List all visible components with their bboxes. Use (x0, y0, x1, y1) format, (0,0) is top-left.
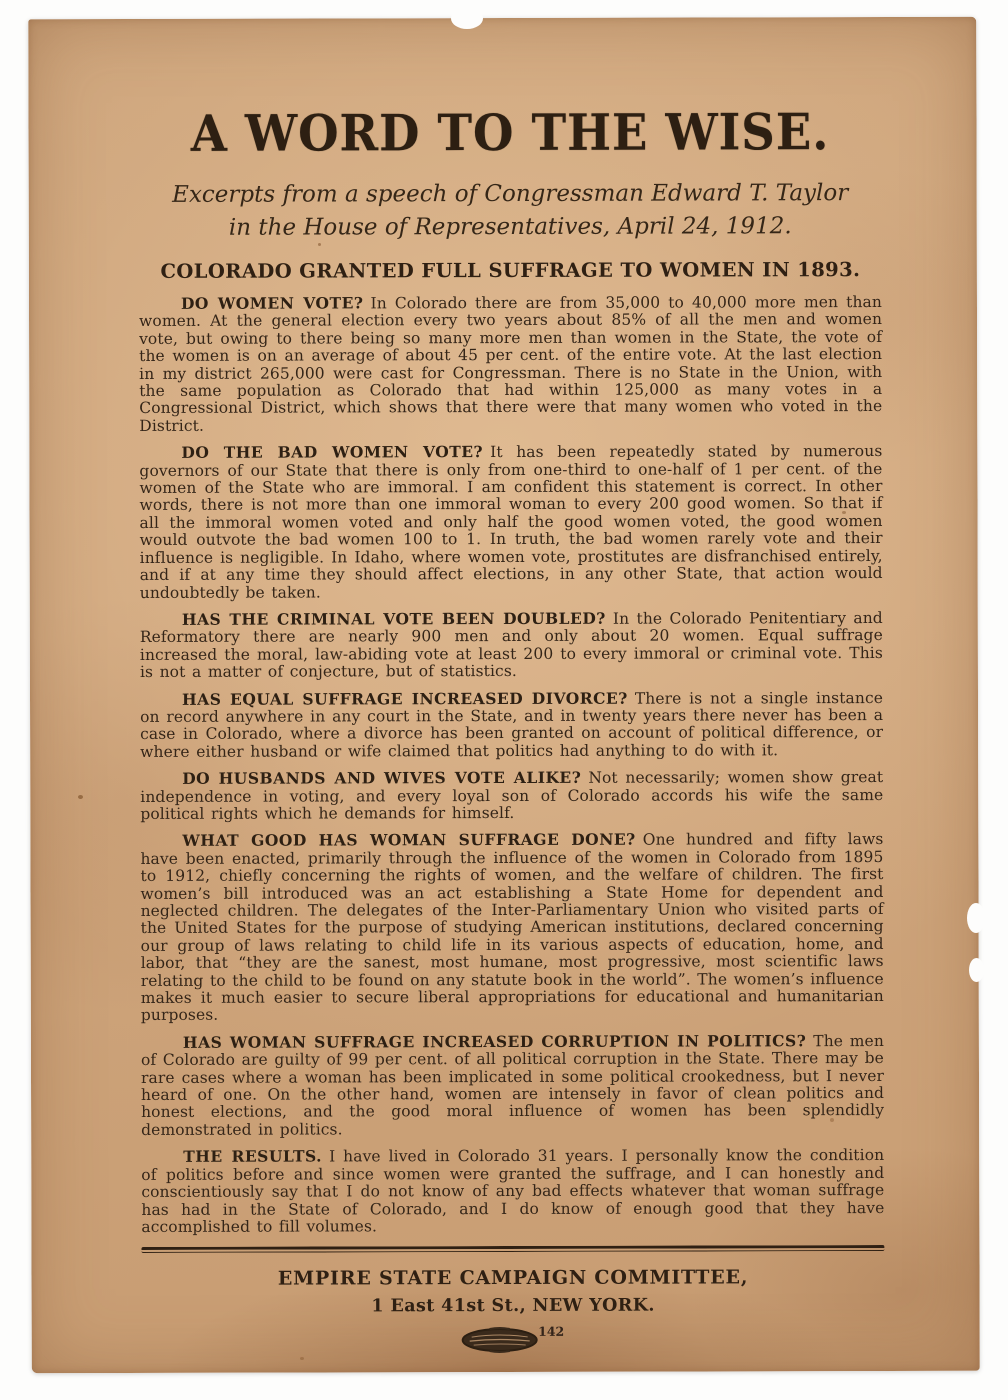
body-copy: DO WOMEN VOTE?In Colorado there are from… (139, 293, 884, 1236)
paragraph-heading: THE RESULTS. (183, 1147, 329, 1166)
paragraph-do-women-vote: DO WOMEN VOTE?In Colorado there are from… (139, 293, 882, 435)
paragraph-do-the-bad-women-vote: DO THE BAD WOMEN VOTE?It has been repeat… (139, 442, 882, 602)
paragraph-the-results: THE RESULTS.I have lived in Colorado 31 … (141, 1146, 884, 1236)
document-subtitle: Excerpts from a speech of Congressman Ed… (139, 177, 882, 245)
paragraph-what-good-has-suffrage-done: WHAT GOOD HAS WOMAN SUFFRAGE DONE?One hu… (140, 830, 884, 1024)
paragraph-heading: HAS WOMAN SUFFRAGE INCREASED CORRUPTION … (183, 1031, 813, 1052)
footer-address: 1 East 41st St., NEW YORK. (142, 1295, 885, 1317)
paragraph-husbands-wives-vote-alike: DO HUSBANDS AND WIVES VOTE ALIKE?Not nec… (140, 768, 883, 823)
paper-speck (830, 1118, 834, 1122)
paper-speck (318, 243, 321, 246)
paragraph-text: In Colorado there are from 35,000 to 40,… (139, 293, 882, 435)
footer-divider-rule (141, 1245, 884, 1253)
paper-speck (842, 511, 846, 514)
footer-organization: EMPIRE STATE CAMPAIGN COMMITTEE, (141, 1266, 884, 1290)
document-title: A WORD TO THE WISE. (164, 103, 855, 163)
subtitle-line-2: in the House of Representatives, April 2… (229, 213, 792, 240)
paragraph-text: One hundred and fifty laws have been ena… (140, 830, 883, 1024)
paragraph-increased-corruption: HAS WOMAN SUFFRAGE INCREASED CORRUPTION … (141, 1032, 884, 1139)
paragraph-heading: DO WOMEN VOTE? (181, 293, 371, 312)
paper-content-area: A WORD TO THE WISE. Excerpts from a spee… (28, 17, 980, 1373)
torn-notch-right-edge-small (969, 958, 984, 982)
stamp-number: 142 (538, 1324, 564, 1339)
paper-speck (78, 795, 83, 799)
paper-speck (300, 1357, 304, 1360)
union-printer-label-icon (460, 1325, 540, 1357)
paragraph-criminal-vote-doubled: HAS THE CRIMINAL VOTE BEEN DOUBLED?In th… (140, 609, 883, 682)
paragraph-heading: WHAT GOOD HAS WOMAN SUFFRAGE DONE? (182, 830, 642, 850)
paragraph-heading: HAS THE CRIMINAL VOTE BEEN DOUBLED? (182, 609, 613, 629)
torn-notch-top-edge (451, 8, 483, 29)
paragraph-increased-divorce: HAS EQUAL SUFFRAGE INCREASED DIVORCE?The… (140, 689, 883, 762)
section-heading: COLORADO GRANTED FULL SUFFRAGE TO WOMEN … (139, 258, 882, 283)
paragraph-heading: DO HUSBANDS AND WIVES VOTE ALIKE? (182, 768, 588, 788)
printer-stamp-row: 142 (142, 1324, 885, 1358)
broadside-paper-sheet: A WORD TO THE WISE. Excerpts from a spee… (28, 17, 980, 1373)
paragraph-text: It has been repeatedly stated by numerou… (139, 442, 882, 601)
paragraph-heading: HAS EQUAL SUFFRAGE INCREASED DIVORCE? (182, 688, 635, 708)
page-background: A WORD TO THE WISE. Excerpts from a spee… (0, 0, 1008, 1400)
paragraph-heading: DO THE BAD WOMEN VOTE? (181, 442, 490, 462)
torn-notch-right-edge (967, 903, 985, 933)
subtitle-line-1: Excerpts from a speech of Congressman Ed… (172, 180, 848, 208)
